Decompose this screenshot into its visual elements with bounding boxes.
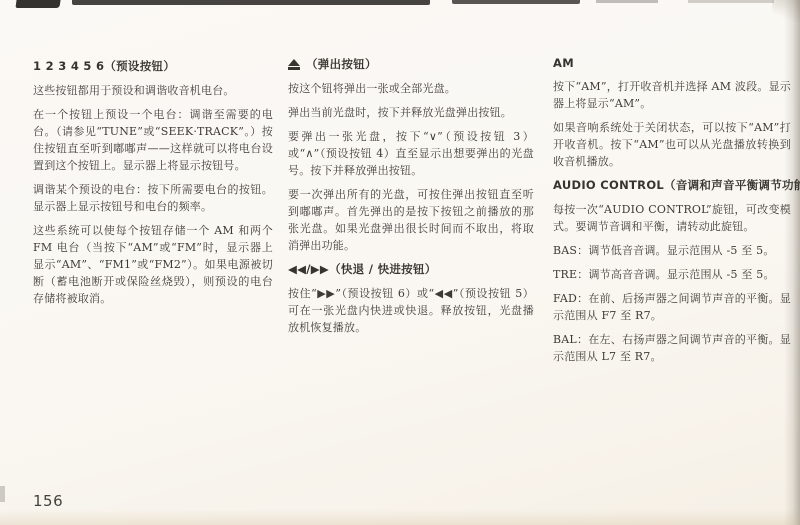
paragraph-eject-all: 要一次弹出所有的光盘，可按住弹出按钮直至听到嘟嘟声。首先弹出的是按下按钮之前播放…: [288, 186, 534, 254]
paragraph-eject-intro: 按这个钮将弹出一张或全部光盘。: [288, 80, 534, 97]
paragraph-preset-memory: 这些系统可以使每个按钮存储一个 AM 和两个 FM 电台（当按下“AM”或“FM…: [33, 222, 273, 307]
paragraph-preset-tune: 调谐某个预设的电台：按下所需要电台的按钮。显示器上显示按钮号和电台的频率。: [33, 181, 273, 215]
scan-artifact-bottom-left: [0, 486, 5, 502]
column-eject-seek: （弹出按钮） 按这个钮将弹出一张或全部光盘。 弹出当前光盘时，按下并释放光盘弹出…: [288, 56, 534, 343]
paragraph-tre: TRE：调节高音音调。显示范围从 -5 至 5。: [553, 266, 791, 283]
manual-page: 1 2 3 4 5 6（预设按钮） 这些按钮都用于预设和调谐收音机电台。 在一个…: [0, 0, 800, 525]
scan-artifact-top-strip-1: [72, 0, 430, 5]
paragraph-preset-store: 在一个按钮上预设一个电台：调谐至需要的电台。（请参见“TUNE”或“SEEK·T…: [33, 106, 273, 174]
scan-artifact-top-strip-3: [596, 0, 658, 3]
heading-audio-control: AUDIO CONTROL（音调和声音平衡调节功能）: [553, 177, 791, 193]
paragraph-eject-current: 弹出当前光盘时，按下并释放光盘弹出按钮。: [288, 104, 534, 121]
eject-icon: [288, 59, 300, 70]
column-preset-buttons: 1 2 3 4 5 6（预设按钮） 这些按钮都用于预设和调谐收音机电台。 在一个…: [33, 58, 273, 314]
scan-artifact-top-strip-2: [452, 0, 580, 4]
heading-rew-ff-buttons: ◀◀/▶▶（快退 / 快进按钮）: [288, 261, 534, 277]
paragraph-bal: BAL：在左、右扬声器之间调节声音的平衡。显示范围从 L7 至 R7。: [553, 331, 791, 365]
paragraph-audio-control-knob: 每按一次“AUDIO CONTROL”旋钮，可改变模式。要调节音调和平衡，请转动…: [553, 201, 791, 235]
paragraph-eject-select: 要弹出一张光盘，按下“∨”（预设按钮 3）或“∧”（预设按钮 4）直至显示出想要…: [288, 128, 534, 179]
page-number: 156: [33, 492, 63, 510]
page-bottom-shadow: [0, 509, 800, 525]
scan-artifact-top-left: [15, 0, 60, 8]
paragraph-bas: BAS：调节低音音调。显示范围从 -5 至 5。: [553, 242, 791, 259]
heading-eject-label: （弹出按钮）: [306, 56, 377, 72]
paragraph-preset-intro: 这些按钮都用于预设和调谐收音机电台。: [33, 82, 273, 99]
eject-icon-bar: [288, 67, 300, 70]
paragraph-rew-ff: 按住“▶▶”（预设按钮 6）或“◀◀”（预设按钮 5）可在一张光盘内快进或快退。…: [288, 285, 534, 336]
column-am-audio-control: AM 按下“AM”，打开收音机并选择 AM 波段。显示器上将显示“AM”。 如果…: [553, 56, 791, 372]
heading-preset-buttons: 1 2 3 4 5 6（预设按钮）: [33, 58, 273, 74]
scan-artifact-top-strip-4: [688, 0, 774, 3]
paragraph-am-select: 按下“AM”，打开收音机并选择 AM 波段。显示器上将显示“AM”。: [553, 78, 791, 112]
paragraph-am-power: 如果音响系统处于关闭状态，可以按下“AM”打开收音机。按下“AM”也可以从光盘播…: [553, 119, 791, 170]
heading-am: AM: [553, 56, 791, 70]
paragraph-fad: FAD：在前、后扬声器之间调节声音的平衡。显示范围从 F7 至 R7。: [553, 290, 791, 324]
eject-icon-triangle: [288, 59, 300, 66]
heading-eject-button: （弹出按钮）: [288, 56, 534, 72]
